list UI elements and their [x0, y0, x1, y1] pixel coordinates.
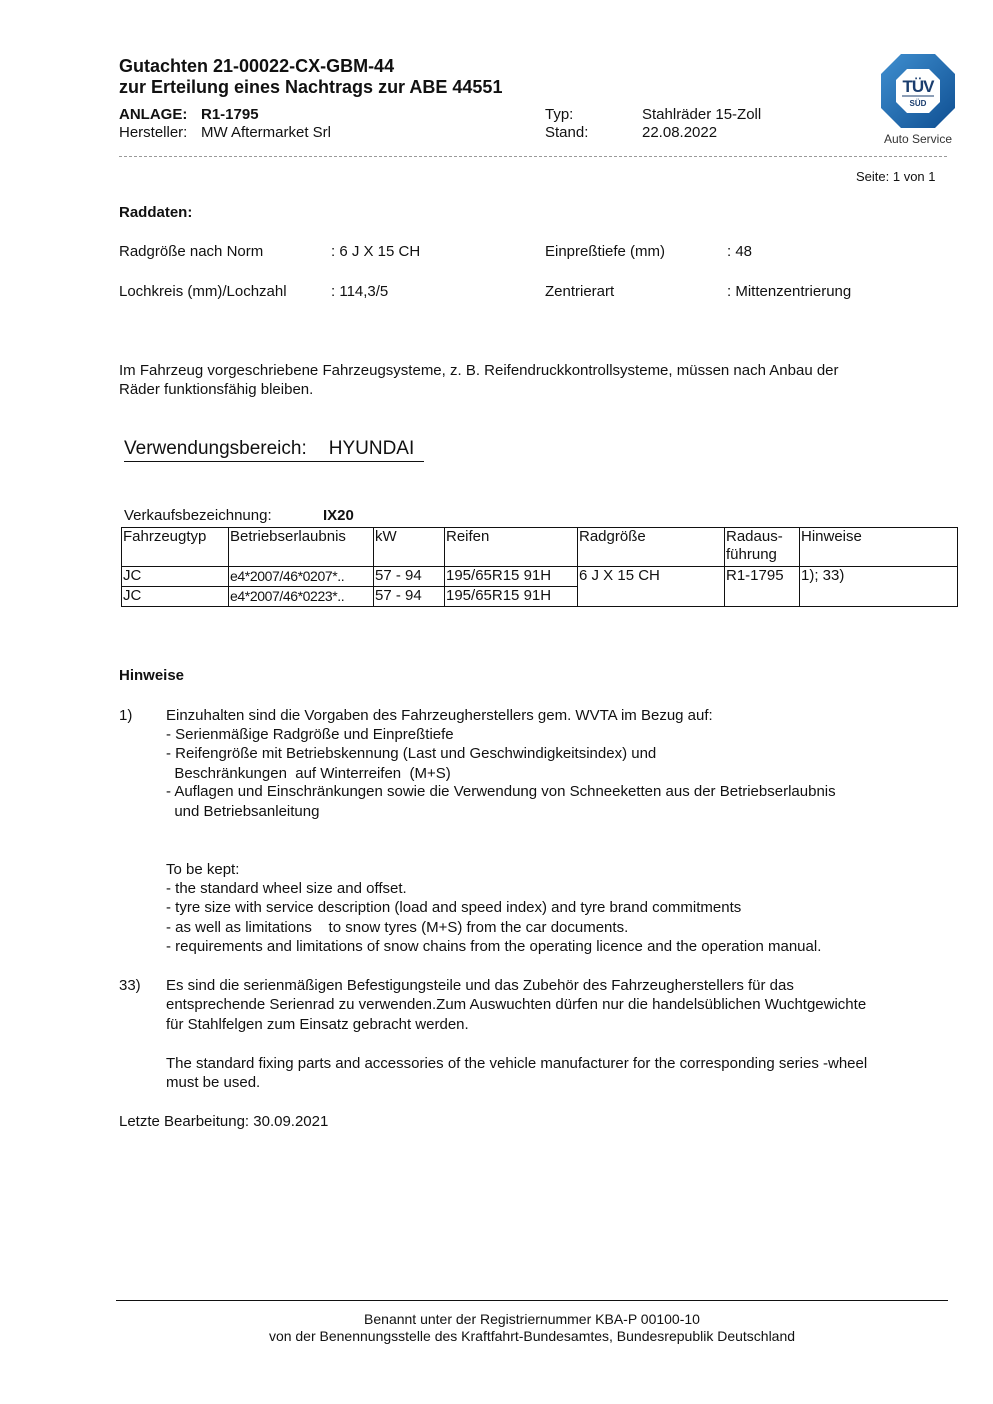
anlage-label: ANLAGE: — [119, 106, 187, 124]
cell-fahrzeugtyp: JC — [122, 587, 229, 607]
cell-kw: 57 - 94 — [374, 567, 445, 587]
table-row: JC e4*2007/46*0207*.. 57 - 94 195/65R15 … — [122, 567, 958, 587]
stand-label: Stand: — [545, 124, 588, 142]
field-label-radgroesse: Radgröße nach Norm — [119, 243, 263, 261]
verkaufsbezeichnung-label: Verkaufsbezeichnung: — [124, 507, 272, 525]
footer-line-2: von der Benennungsstelle des Kraftfahrt-… — [116, 1327, 948, 1345]
header-separator — [119, 156, 947, 157]
field-value-radgroesse: : 6 J X 15 CH — [331, 243, 420, 261]
note-33-en-line: The standard fixing parts and accessorie… — [166, 1054, 867, 1074]
field-label-einpresstiefe: Einpreßtiefe (mm) — [545, 243, 665, 261]
tuv-sud-octagon-logo-icon: TÜV SÜD — [878, 52, 958, 130]
field-value-zentrierart: : Mittenzentrierung — [727, 283, 851, 301]
vehicle-table: Fahrzeugtyp Betriebserlaubnis kW Reifen … — [121, 527, 958, 607]
notice-line-2: Räder funktionsfähig bleiben. — [119, 380, 313, 400]
verkaufsbezeichnung-value: IX20 — [323, 507, 354, 525]
column-header-betriebserlaubnis: Betriebserlaubnis — [229, 528, 374, 567]
cell-radausfuehrung: R1-1795 — [725, 567, 800, 607]
column-header-hinweise: Hinweise — [800, 528, 958, 567]
footer-separator — [116, 1300, 948, 1301]
note-1-en-line: - the standard wheel size and offset. — [166, 879, 407, 899]
cell-kw: 57 - 94 — [374, 587, 445, 607]
cell-fahrzeugtyp: JC — [122, 567, 229, 587]
field-value-einpresstiefe: : 48 — [727, 243, 752, 261]
document-subtitle: zur Erteilung eines Nachtrags zur ABE 44… — [119, 76, 502, 98]
cell-betriebserlaubnis: e4*2007/46*0223*.. — [229, 587, 374, 607]
svg-text:SÜD: SÜD — [910, 99, 927, 108]
note-33-line: für Stahlfelgen zum Einsatz gebracht wer… — [166, 1015, 469, 1035]
raddaten-heading: Raddaten: — [119, 204, 192, 222]
hersteller-label: Hersteller: — [119, 124, 187, 142]
column-header-fahrzeugtyp: Fahrzeugtyp — [122, 528, 229, 567]
page-number: Seite: 1 von 1 — [856, 169, 936, 184]
anlage-value: R1-1795 — [201, 106, 259, 124]
verwendungsbereich: Verwendungsbereich:HYUNDAI — [124, 438, 424, 462]
letzte-bearbeitung: Letzte Bearbeitung: 30.09.2021 — [119, 1112, 328, 1132]
note-1-line: Einzuhalten sind die Vorgaben des Fahrze… — [166, 706, 713, 726]
footer-line-1: Benannt unter der Registriernummer KBA-P… — [116, 1310, 948, 1328]
note-1-line: und Betriebsanleitung — [166, 802, 319, 822]
note-33-line: entsprechende Serienrad zu verwenden.Zum… — [166, 995, 866, 1015]
field-label-zentrierart: Zentrierart — [545, 283, 614, 301]
stand-value: 22.08.2022 — [642, 124, 717, 142]
column-header-reifen: Reifen — [445, 528, 578, 567]
note-1-en-line: To be kept: — [166, 860, 239, 880]
note-1-number: 1) — [119, 706, 132, 726]
verwendungsbereich-label: Verwendungsbereich: — [124, 438, 307, 459]
cell-radgroesse: 6 J X 15 CH — [578, 567, 725, 607]
field-value-lochkreis: : 114,3/5 — [331, 283, 388, 301]
radaus-line-2: führung — [726, 546, 777, 563]
radaus-line-1: Radaus- — [726, 528, 783, 545]
typ-value: Stahlräder 15-Zoll — [642, 106, 761, 124]
note-1-en-line: - as well as limitations to snow tyres (… — [166, 918, 628, 938]
note-1-en-line: - tyre size with service description (lo… — [166, 898, 741, 918]
note-1-line: - Auflagen und Einschränkungen sowie die… — [166, 782, 836, 802]
note-33-number: 33) — [119, 976, 141, 996]
hersteller-value: MW Aftermarket Srl — [201, 124, 331, 142]
svg-text:TÜV: TÜV — [903, 77, 936, 96]
column-header-kw: kW — [374, 528, 445, 567]
cell-betriebserlaubnis: e4*2007/46*0207*.. — [229, 567, 374, 587]
table-header-row: Fahrzeugtyp Betriebserlaubnis kW Reifen … — [122, 528, 958, 567]
cell-hinweise: 1); 33) — [800, 567, 958, 607]
column-header-radgroesse: Radgröße — [578, 528, 725, 567]
note-1-en-line: - requirements and limitations of snow c… — [166, 937, 821, 957]
notice-line-1: Im Fahrzeug vorgeschriebene Fahrzeugsyst… — [119, 361, 839, 381]
note-1-line: - Serienmäßige Radgröße und Einpreßtiefe — [166, 725, 454, 745]
cell-reifen: 195/65R15 91H — [445, 587, 578, 607]
note-33-en-line: must be used. — [166, 1073, 260, 1093]
verwendungsbereich-value: HYUNDAI — [329, 438, 415, 459]
note-33-line: Es sind die serienmäßigen Befestigungste… — [166, 976, 794, 996]
typ-label: Typ: — [545, 106, 573, 124]
tuv-sud-logo: TÜV SÜD Auto Service — [878, 52, 958, 152]
document-title: Gutachten 21-00022-CX-GBM-44 — [119, 55, 394, 77]
cell-reifen: 195/65R15 91H — [445, 567, 578, 587]
logo-caption: Auto Service — [878, 132, 958, 146]
field-label-lochkreis: Lochkreis (mm)/Lochzahl — [119, 283, 287, 301]
note-1-line: - Reifengröße mit Betriebskennung (Last … — [166, 744, 656, 764]
hinweise-heading: Hinweise — [119, 667, 184, 685]
note-1-line: Beschränkungen auf Winterreifen (M+S) — [166, 764, 451, 784]
column-header-radausfuehrung: Radaus-führung — [725, 528, 800, 567]
